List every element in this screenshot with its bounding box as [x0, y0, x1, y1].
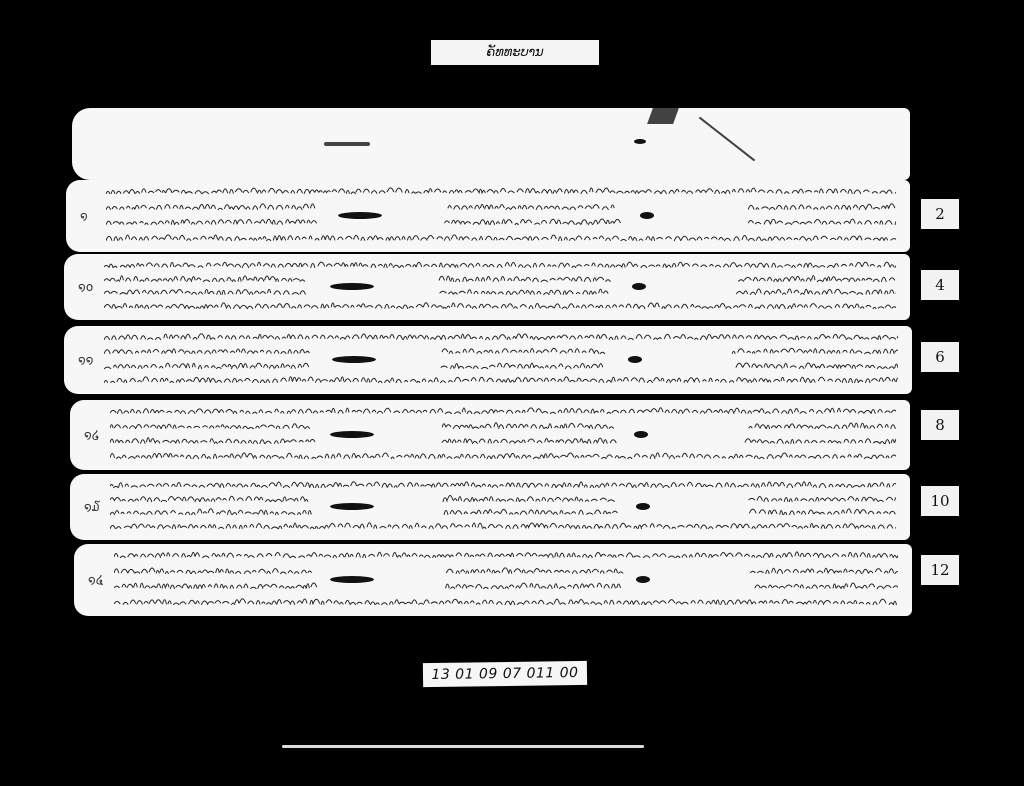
leaf-margin-numeral: ໑໒ — [84, 428, 99, 442]
string-hole-mark — [330, 503, 374, 510]
script-text-block — [110, 480, 896, 534]
script-text-block — [104, 332, 898, 388]
manuscript-leaf-page-2: ໑ — [66, 180, 910, 252]
script-text-line — [110, 480, 896, 493]
string-hole-mark — [324, 142, 370, 146]
leaf-margin-numeral: ໑໑ — [78, 353, 93, 367]
script-text-line — [106, 217, 896, 230]
string-hole-mark — [338, 212, 382, 219]
scan-edge-bar — [282, 745, 644, 748]
string-hole-mark — [636, 576, 650, 583]
script-text-line — [106, 202, 896, 215]
string-hole-mark — [632, 283, 646, 290]
script-text-line — [104, 361, 898, 374]
string-hole-mark — [634, 431, 648, 438]
script-text-line — [114, 566, 898, 579]
document-id-label: 13 01 09 07 011 00 — [423, 661, 587, 687]
string-hole-mark — [628, 356, 642, 363]
script-text-block — [114, 550, 898, 610]
page-number-tag: 6 — [921, 342, 959, 372]
manuscript-leaf-page-4: ໑໐ — [64, 254, 910, 320]
script-text-line — [104, 301, 896, 314]
script-text-line — [110, 494, 896, 507]
script-text-block — [110, 406, 896, 464]
page-number-tag: 12 — [921, 555, 959, 585]
leaf-margin-numeral: ໑໔ — [88, 573, 103, 587]
script-text-line — [104, 332, 898, 345]
manuscript-leaf-page-12: ໑໔ — [74, 544, 912, 616]
string-hole-mark — [636, 503, 650, 510]
page-number-tag: 8 — [921, 410, 959, 440]
script-text-line — [104, 274, 896, 287]
cover-leaf — [72, 108, 910, 180]
script-text-line — [104, 375, 898, 388]
script-text-line — [104, 287, 896, 300]
leaf-damage-mark — [647, 108, 679, 124]
string-hole-mark — [330, 431, 374, 438]
leaf-margin-numeral: ໑໓ — [84, 500, 100, 514]
script-text-line — [110, 421, 896, 434]
script-text-line — [104, 346, 898, 359]
page-number-tag: 2 — [921, 199, 959, 229]
script-text-line — [110, 451, 896, 464]
script-text-line — [106, 186, 896, 199]
script-text-line — [110, 507, 896, 520]
page-number-tag: 4 — [921, 270, 959, 300]
string-hole-mark — [330, 576, 374, 583]
leaf-crack — [699, 117, 755, 162]
script-text-line — [110, 436, 896, 449]
leaf-margin-numeral: ໑໐ — [78, 280, 93, 294]
script-text-line — [114, 581, 898, 594]
script-text-line — [106, 233, 896, 246]
manuscript-leaf-page-8: ໑໒ — [70, 400, 910, 470]
script-text-line — [104, 260, 896, 273]
script-text-block — [106, 186, 896, 246]
leaf-margin-numeral: ໑ — [80, 209, 88, 223]
script-text-line — [114, 550, 898, 563]
collection-title-label: ຄັທທະບານ — [431, 40, 599, 65]
script-text-block — [104, 260, 896, 314]
string-hole-mark — [330, 283, 374, 290]
manuscript-leaf-page-10: ໑໓ — [70, 474, 910, 540]
script-text-line — [114, 597, 898, 610]
string-hole-mark — [634, 139, 646, 144]
string-hole-mark — [640, 212, 654, 219]
manuscript-leaf-page-6: ໑໑ — [64, 326, 912, 394]
script-text-line — [110, 406, 896, 419]
script-text-line — [110, 521, 896, 534]
page-number-tag: 10 — [921, 486, 959, 516]
string-hole-mark — [332, 356, 376, 363]
